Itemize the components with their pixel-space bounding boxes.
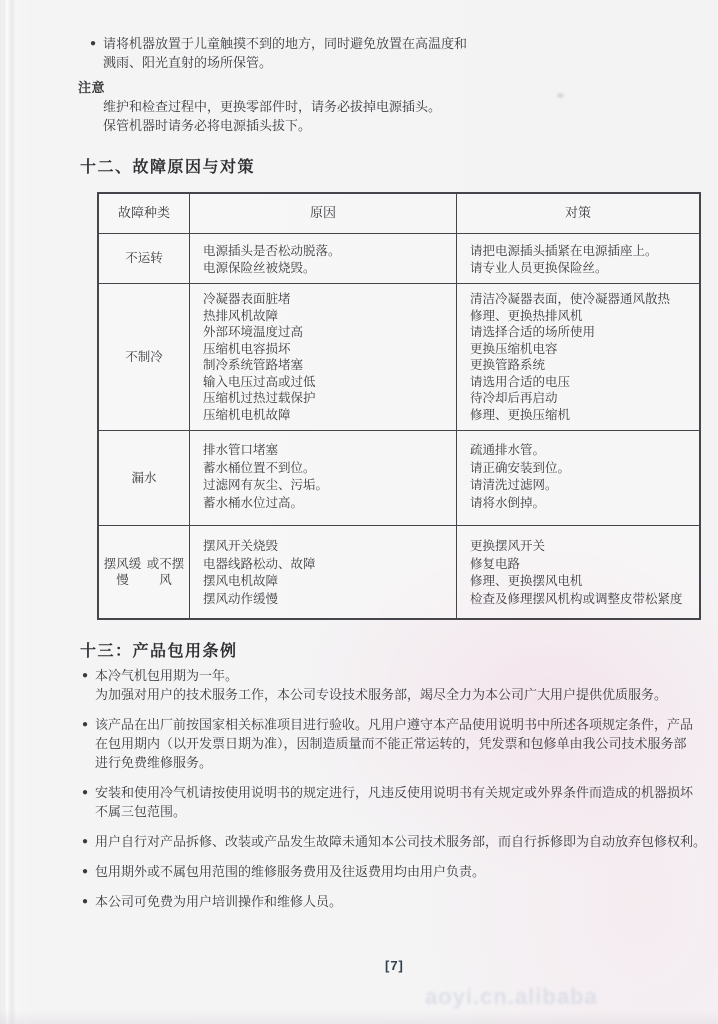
bullet-icon: ●: [82, 666, 95, 704]
manual-page: ● 请将机器放置于儿童触摸不到的地方，同时避免放置在高温度和溅雨、阳光直射的场所…: [0, 0, 718, 1024]
cause-cell: 冷凝器表面脏堵热排风机故障外部环境温度过高压缩机电容损坏制冷系统管路堵塞输入电压…: [190, 284, 457, 430]
storage-note: ● 请将机器放置于儿童触摸不到的地方，同时避免放置在高温度和溅雨、阳光直射的场所…: [78, 34, 653, 72]
cause-cell: 摆风开关烧毁电器线路松动、故障摆风电机故障摆风动作缓慢: [190, 526, 457, 618]
bullet-icon: ●: [82, 892, 95, 911]
warranty-terms: ● 本冷气机包用期为一年。为加强对用户的技术服务工作，本公司专设技术服务部，竭尽…: [82, 666, 714, 922]
warranty-item: ● 该产品在出厂前按国家相关标准项目进行验收。凡用户遵守本产品使用说明书中所述各…: [82, 715, 714, 772]
bullet-icon: ●: [90, 34, 103, 72]
warranty-item: ● 本冷气机包用期为一年。为加强对用户的技术服务工作，本公司专设技术服务部，竭尽…: [82, 666, 714, 704]
warranty-item-text: 安装和使用冷气机请按使用说明书的规定进行，凡违反使用说明书有关规定或外界条件而造…: [95, 783, 714, 821]
watermark-text: aoyi.cn.alibaba: [425, 984, 598, 1010]
caution-text: 维护和检查过程中，更换零部件时，请务必拔掉电源插头。保管机器时请务必将电源插头拔…: [103, 97, 653, 135]
header-fault-type: 故障种类: [99, 194, 190, 233]
warranty-item-text: 包用期外或不属包用范围的维修服务费用及往返费用均由用户负责。: [95, 862, 714, 881]
fault-type-cell: 不制冷: [99, 284, 190, 430]
storage-note-text: 请将机器放置于儿童触摸不到的地方，同时避免放置在高温度和溅雨、阳光直射的场所保管…: [103, 34, 467, 72]
action-cell: 请把电源插头插紧在电源插座上。请专业人员更换保险丝。: [457, 234, 699, 283]
fault-type-cell: 漏水: [99, 431, 190, 525]
table-row: 不运转 电源插头是否松动脱落。电源保险丝被烧毁。 请把电源插头插紧在电源插座上。…: [99, 233, 699, 283]
page-number: [7]: [385, 958, 404, 973]
warranty-item: ● 安装和使用冷气机请按使用说明书的规定进行，凡违反使用说明书有关规定或外界条件…: [82, 783, 714, 821]
action-cell: 更换摆风开关修复电路修理、更换摆风电机检查及修理摆风机构或调整皮带松紧度: [457, 526, 699, 618]
warranty-item-text: 本公司可免费为用户培训操作和维修人员。: [95, 892, 714, 911]
bullet-icon: ●: [82, 832, 95, 851]
scan-edge-left: [6, 0, 16, 1024]
fault-table: 故障种类 原因 对策 不运转 电源插头是否松动脱落。电源保险丝被烧毁。 请把电源…: [97, 192, 701, 620]
table-row: 不制冷 冷凝器表面脏堵热排风机故障外部环境温度过高压缩机电容损坏制冷系统管路堵塞…: [99, 283, 699, 430]
warranty-item: ● 本公司可免费为用户培训操作和维修人员。: [82, 892, 714, 911]
fault-type-cell: 不运转: [99, 234, 190, 283]
bullet-icon: ●: [82, 862, 95, 881]
cause-cell: 电源插头是否松动脱落。电源保险丝被烧毁。: [190, 234, 457, 283]
action-cell: 疏通排水管。请正确安装到位。请清洗过滤网。请将水倒掉。: [457, 431, 699, 525]
warranty-item: ● 用户自行对产品拆修、改装或产品发生故障未通知本公司技术服务部，而自行拆修即为…: [82, 832, 714, 851]
section-12-title: 十二、故障原因与对策: [80, 154, 255, 177]
cause-cell: 排水管口堵塞蓄水桶位置不到位。过滤网有灰尘、污垢。蓄水桶水位过高。: [190, 431, 457, 525]
table-row: 摆风缓慢或不摆风 摆风开关烧毁电器线路松动、故障摆风电机故障摆风动作缓慢 更换摆…: [99, 525, 699, 618]
warranty-item-text: 用户自行对产品拆修、改装或产品发生故障未通知本公司技术服务部，而自行拆修即为自动…: [95, 832, 714, 851]
table-row: 漏水 排水管口堵塞蓄水桶位置不到位。过滤网有灰尘、污垢。蓄水桶水位过高。 疏通排…: [99, 430, 699, 525]
caution-label: 注意: [78, 78, 653, 97]
header-cause: 原因: [190, 194, 457, 233]
section-13-title: 十三：产品包用条例: [80, 638, 238, 661]
warranty-item-text: 本冷气机包用期为一年。为加强对用户的技术服务工作，本公司专设技术服务部，竭尽全力…: [95, 666, 714, 704]
storage-notes: ● 请将机器放置于儿童触摸不到的地方，同时避免放置在高温度和溅雨、阳光直射的场所…: [78, 34, 653, 135]
fault-type-cell: 摆风缓慢或不摆风: [99, 526, 190, 618]
warranty-item: ● 包用期外或不属包用范围的维修服务费用及往返费用均由用户负责。: [82, 862, 714, 881]
header-action: 对策: [457, 194, 699, 233]
bullet-icon: ●: [82, 783, 95, 821]
warranty-item-text: 该产品在出厂前按国家相关标准项目进行验收。凡用户遵守本产品使用说明书中所述各项规…: [95, 715, 714, 772]
bullet-icon: ●: [82, 715, 95, 772]
scan-edge-bottom: [0, 1010, 718, 1024]
action-cell: 清洁冷凝器表面，使冷凝器通风散热修理、更换热排风机请选择合适的场所使用更换压缩机…: [457, 284, 699, 430]
table-header-row: 故障种类 原因 对策: [99, 194, 699, 233]
